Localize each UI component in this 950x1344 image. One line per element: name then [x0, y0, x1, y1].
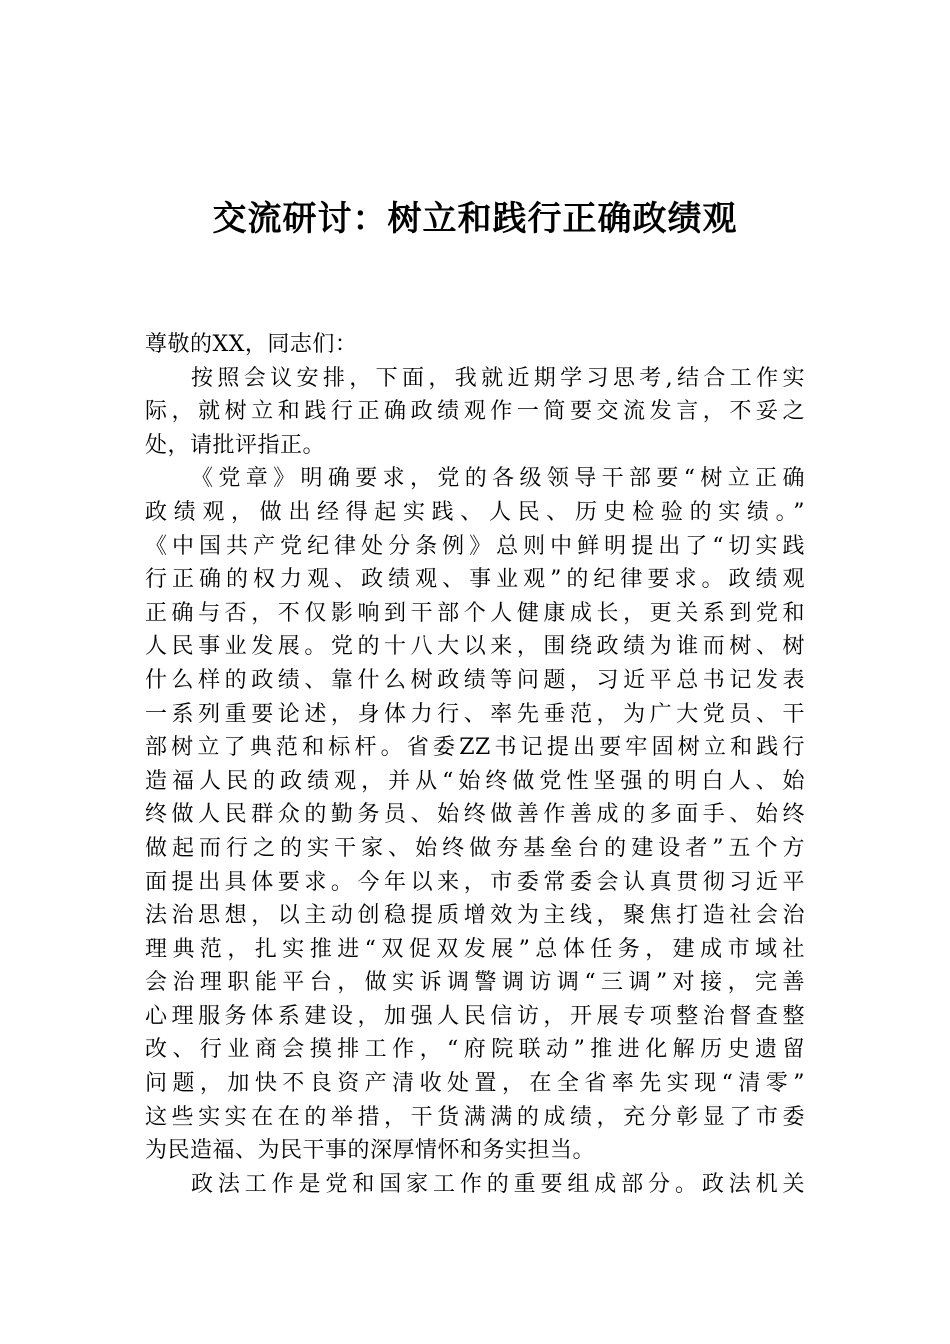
- paragraph-1: 按照会议安排，下面，我就近期学习思考,结合工作实 际，就树立和践行正确政绩观作一…: [145, 362, 805, 463]
- paragraph-line: 这些实实在在的举措，干货满满的成绩，充分彰显了市委: [145, 1101, 805, 1135]
- paragraph-line: 做起而行之的实干家、始终做夯基垒台的建设者”五个方: [145, 832, 805, 866]
- paragraph-line: 行正确的权力观、政绩观、事业观”的纪律要求。政绩观: [145, 563, 805, 597]
- paragraph-line: 问题，加快不良资产清收处置，在全省率先实现“清零”: [145, 1067, 805, 1101]
- paragraph-line: 面提出具体要求。今年以来，市委常委会认真贯彻习近平: [145, 866, 805, 900]
- paragraph-line: 部树立了典范和标杆。省委ZZ书记提出要牢固树立和践行: [145, 731, 805, 765]
- paragraph-line: 政法工作是党和国家工作的重要组成部分。政法机关: [145, 1168, 805, 1202]
- paragraph-line: 什么样的政绩、靠什么树政绩等问题，习近平总书记发表: [145, 664, 805, 698]
- paragraph-line: 改、行业商会摸排工作，“府院联动”推进化解历史遗留: [145, 1033, 805, 1067]
- paragraph-line: 法治思想，以主动创稳提质增效为主线，聚焦打造社会治: [145, 899, 805, 933]
- paragraph-line: 一系列重要论述，身体力行、率先垂范，为广大党员、干: [145, 698, 805, 732]
- paragraph-3: 政法工作是党和国家工作的重要组成部分。政法机关: [145, 1168, 805, 1202]
- paragraph-line: 正确与否，不仅影响到干部个人健康成长，更关系到党和: [145, 597, 805, 631]
- document-page: 交流研讨：树立和践行正确政绩观 尊敬的XX，同志们： 按照会议安排，下面，我就近…: [0, 0, 950, 1344]
- document-body: 尊敬的XX，同志们： 按照会议安排，下面，我就近期学习思考,结合工作实 际，就树…: [145, 328, 805, 1201]
- paragraph-line: 《党章》明确要求，党的各级领导干部要“树立正确: [145, 462, 805, 496]
- paragraph-line: 终做人民群众的勤务员、始终做善作善成的多面手、始终: [145, 798, 805, 832]
- paragraph-line: 际，就树立和践行正确政绩观作一简要交流发言，不妥之: [145, 395, 805, 429]
- paragraph-line: 人民事业发展。党的十八大以来，围绕政绩为谁而树、树: [145, 630, 805, 664]
- paragraph-line: 理典范，扎实推进“双促双发展”总体任务，建成市域社: [145, 933, 805, 967]
- paragraph-line: 为民造福、为民干事的深厚情怀和务实担当。: [145, 1134, 805, 1168]
- paragraph-line: 《中国共产党纪律处分条例》总则中鲜明提出了“切实践: [145, 530, 805, 564]
- paragraph-line: 处，请批评指正。: [145, 429, 805, 463]
- paragraph-line: 会治理职能平台，做实诉调警调访调“三调”对接，完善: [145, 966, 805, 1000]
- document-title: 交流研讨：树立和践行正确政绩观: [0, 196, 950, 242]
- paragraph-line: 造福人民的政绩观，并从“始终做党性坚强的明白人、始: [145, 765, 805, 799]
- salutation: 尊敬的XX，同志们：: [145, 328, 805, 362]
- paragraph-line: 心理服务体系建设，加强人民信访，开展专项整治督查整: [145, 1000, 805, 1034]
- paragraph-line: 按照会议安排，下面，我就近期学习思考,结合工作实: [145, 362, 805, 396]
- paragraph-line: 政绩观，做出经得起实践、人民、历史检验的实绩。”: [145, 496, 805, 530]
- paragraph-2: 《党章》明确要求，党的各级领导干部要“树立正确 政绩观，做出经得起实践、人民、历…: [145, 462, 805, 1167]
